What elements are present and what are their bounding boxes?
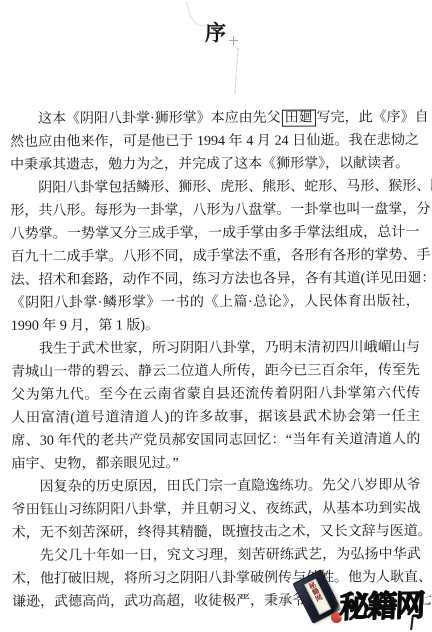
text-line: 《阴阳八卦掌·鳞形掌》一书的《上篇·总论》，人民体育出版社， [11,290,420,315]
text-line: 爷田钰山习练阴阳八卦掌，并且朝习义、夜练武，从基本功到实战 [12,497,421,522]
text-line: 百九十二成手掌。八形不同，成手掌法不重，各形有各形的掌势、手 [11,244,420,269]
line-segment: 写完，此《序》自 [317,110,429,125]
text-line: 1990 年 9 月，第 1 版)。 [11,313,420,338]
text-line: 这本《阴阳八卦掌·狮形掌》本应由先父田廻写完，此《序》自 [10,106,419,131]
text-line: 八势掌。一势掌又分三成手掌，一成手掌由多手掌法组成，总计一 [10,221,419,246]
text-line: 术，无不刻苦深研，终得其精髓，既擅技击之术，又长文辞与医道。 [12,520,421,545]
paragraph-4: 因复杂的历史原因，田氏门宗一直隐逸练功。先父八岁即从爷 爷田钰山习练阴阳八卦掌，… [12,474,421,545]
text-line: 我生于武术世家，所习阴阳八卦掌，乃明末清初四川峨嵋山与 [11,336,420,361]
watermark: 秘籍网 秘籍网 [294,571,432,632]
text-line: 法、招术和套路，动作不同，练习方法也各异，各有其道(详见田廻： [11,267,420,292]
line-segment: 这本《阴阳八卦掌·狮形掌》本应由先父 [38,111,281,127]
text-line: 父为第九代。至今在云南省蒙自县还流传着阴阳八卦掌第六代传 [11,382,420,407]
scan-artifact-dotted-line [234,48,240,94]
text-line: 阴阳八卦掌包括鳞形、狮形、虎形、熊形、蛇形、马形、猴形、鹏 [10,175,419,200]
text-line: 先父几十年如一日，究文习理，刻苦研练武艺，为弘扬中华武 [12,543,421,568]
page-title: 序 [0,17,432,47]
text-line: 形，共八形。每形为一卦掌，八形为八盘掌。一卦掌也叫一盘掌，分 [10,198,419,223]
text-line: 庙宇、史物，都亲眼见过。” [11,451,420,476]
text-line: 青城山一带的碧云、静云二位道人所传，距今已三百余年，传至先 [11,359,420,384]
paragraph-3: 我生于武术世家，所习阴阳八卦掌，乃明末清初四川峨嵋山与 青城山一带的碧云、静云二… [11,336,421,476]
preface-text: 这本《阴阳八卦掌·狮形掌》本应由先父田廻写完，此《序》自 然也应由他来作，可是他… [10,106,421,614]
text-line: 席、30 年代的老共产党员郝安国同志回忆：“当年有关道清道人的 [11,428,420,453]
text-line: 人田富清(道号道清道人)的许多故事，据该县武术协会第一任主 [11,405,420,430]
deceased-name-box: 田廻 [282,110,316,127]
text-line: 因复杂的历史原因，田氏门宗一直隐逸练功。先父八岁即从爷 [12,474,421,499]
book-label-text: 秘籍网 [306,580,325,604]
text-line: 中秉承其遗志，勉力为之，并完成了这本《狮形掌》，以献读者。 [10,152,419,177]
text-line: 然也应由他来作，可是他已于 1994 年 4 月 24 日仙逝。我在悲恸之 [10,129,419,154]
book-label: 秘籍网 [304,579,331,615]
paragraph-1: 这本《阴阳八卦掌·狮形掌》本应由先父田廻写完，此《序》自 然也应由他来作，可是他… [10,106,419,177]
paragraph-2: 阴阳八卦掌包括鳞形、狮形、虎形、熊形、蛇形、马形、猴形、鹏 形，共八形。每形为一… [10,175,420,338]
